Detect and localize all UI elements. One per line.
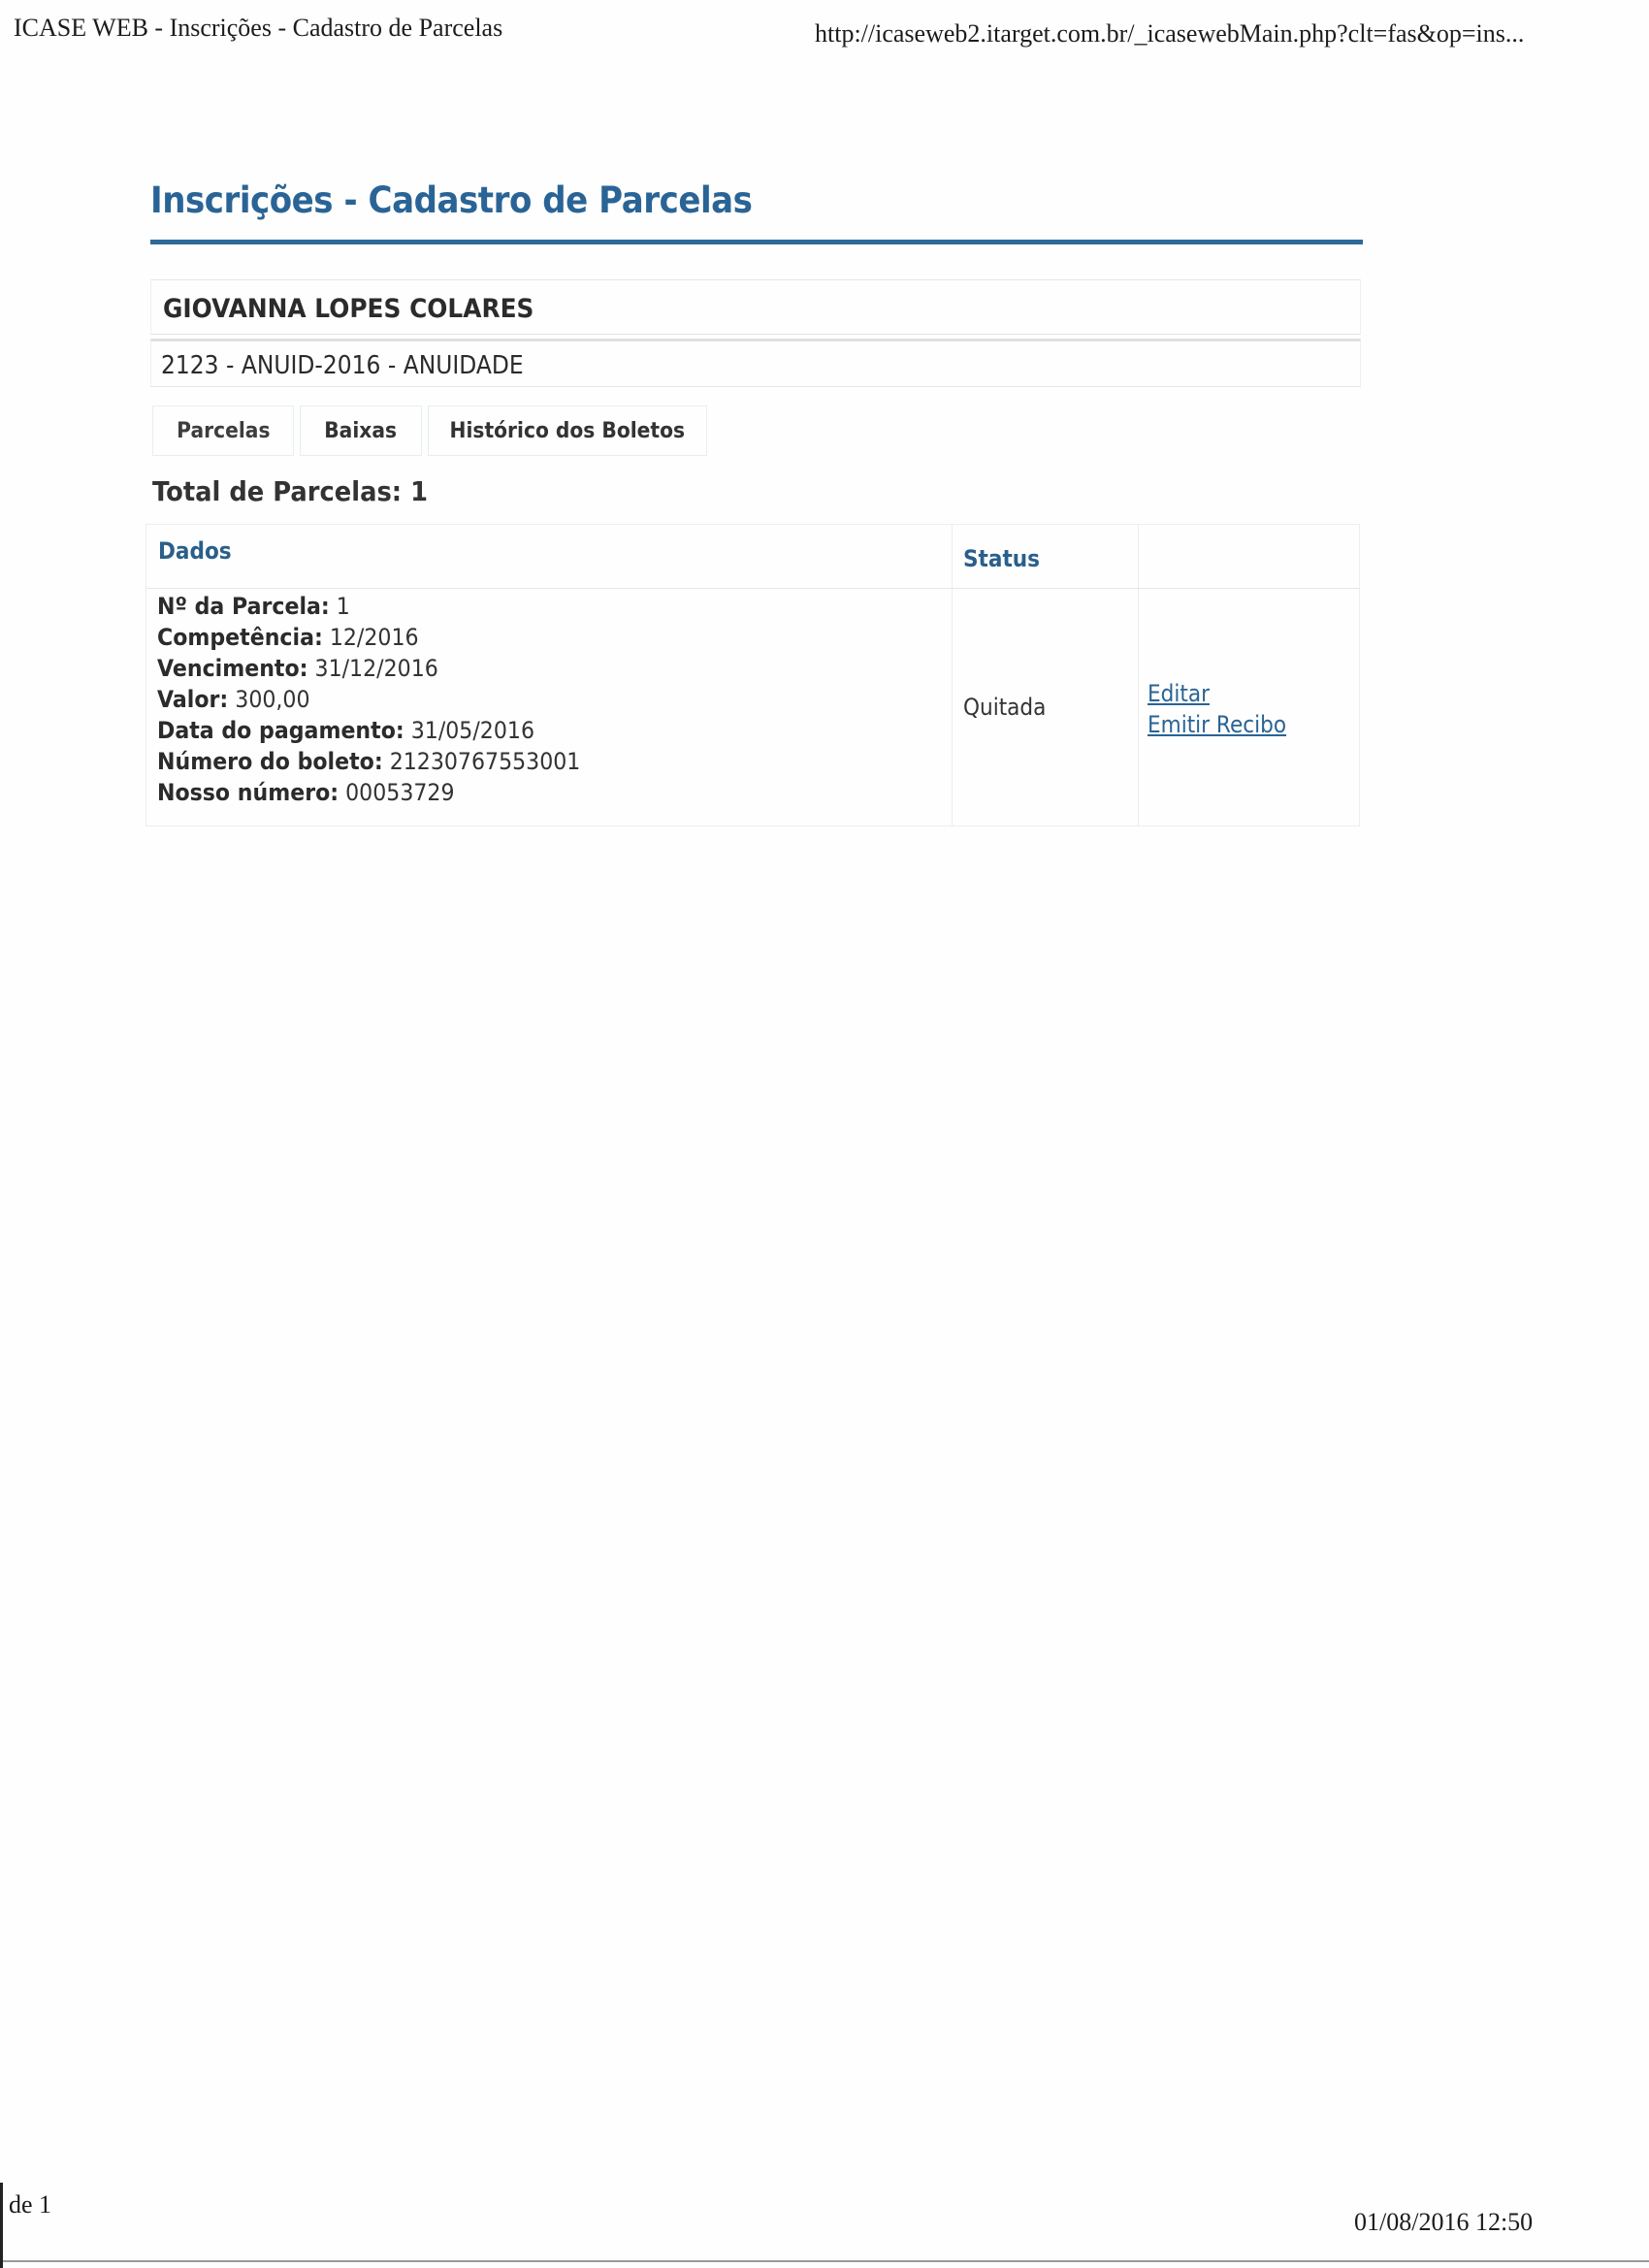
field-label: Data do pagamento: (157, 717, 404, 744)
person-name: GIOVANNA LOPES COLARES (163, 294, 533, 324)
field-value: 31/12/2016 (315, 655, 438, 682)
print-footer-page: de 1 (9, 2190, 51, 2219)
print-footer-datetime: 01/08/2016 12:50 (1354, 2208, 1533, 2237)
actions-cell: Editar Emitir Recibo (1148, 678, 1302, 740)
total-parcelas: Total de Parcelas: 1 (152, 475, 428, 507)
total-value: 1 (410, 475, 428, 507)
field-label: Vencimento: (157, 655, 307, 682)
field-label: Nº da Parcela: (157, 593, 330, 620)
column-header-dados: Dados (158, 537, 232, 565)
scan-edge (0, 2183, 3, 2268)
tab-parcelas[interactable]: Parcelas (152, 405, 294, 456)
field-label: Valor: (157, 686, 228, 713)
print-header-url: http://icaseweb2.itarget.com.br/_icasewe… (815, 19, 1524, 49)
field-competencia: Competência: 12/2016 (157, 622, 580, 653)
tab-historico-boletos[interactable]: Histórico dos Boletos (428, 405, 707, 456)
field-label: Nosso número: (157, 779, 339, 806)
field-value: 300,00 (235, 686, 309, 713)
column-divider (952, 525, 953, 826)
tab-label: Parcelas (177, 419, 270, 443)
field-data-pagamento: Data do pagamento: 31/05/2016 (157, 715, 580, 746)
field-value: 00053729 (345, 779, 454, 806)
status-cell: Quitada (963, 694, 1046, 721)
print-header-title: ICASE WEB - Inscrições - Cadastro de Par… (14, 14, 502, 43)
field-nosso-numero: Nosso número: 00053729 (157, 777, 580, 808)
field-numero-parcela: Nº da Parcela: 1 (157, 591, 580, 622)
page-title: Inscrições - Cadastro de Parcelas (150, 179, 752, 221)
emit-receipt-link[interactable]: Emitir Recibo (1148, 709, 1286, 740)
field-label: Número do boleto: (157, 748, 383, 775)
column-header-status: Status (963, 545, 1040, 572)
scan-edge (0, 2260, 1649, 2262)
header-divider (146, 588, 1359, 589)
tab-label: Histórico dos Boletos (450, 419, 685, 443)
total-label: Total de Parcelas: (152, 475, 402, 507)
person-name-box: GIOVANNA LOPES COLARES (150, 279, 1361, 335)
field-numero-boleto: Número do boleto: 21230767553001 (157, 746, 580, 777)
title-divider (150, 240, 1363, 244)
field-value: 31/05/2016 (411, 717, 534, 744)
field-value: 12/2016 (330, 624, 419, 651)
subscription-info: 2123 - ANUID-2016 - ANUIDADE (161, 351, 524, 380)
subscription-box: 2123 - ANUID-2016 - ANUIDADE (150, 339, 1361, 387)
field-label: Competência: (157, 624, 323, 651)
column-divider (1138, 525, 1139, 826)
field-vencimento: Vencimento: 31/12/2016 (157, 653, 580, 684)
edit-link[interactable]: Editar (1148, 678, 1286, 709)
parcel-fields: Nº da Parcela: 1 Competência: 12/2016 Ve… (157, 591, 617, 808)
field-value: 21230767553001 (390, 748, 581, 775)
field-value: 1 (337, 593, 350, 620)
field-valor: Valor: 300,00 (157, 684, 580, 715)
parcel-table: Dados Status Nº da Parcela: 1 Competênci… (145, 524, 1360, 826)
tab-baixas[interactable]: Baixas (300, 405, 422, 456)
tab-label: Baixas (325, 419, 398, 443)
